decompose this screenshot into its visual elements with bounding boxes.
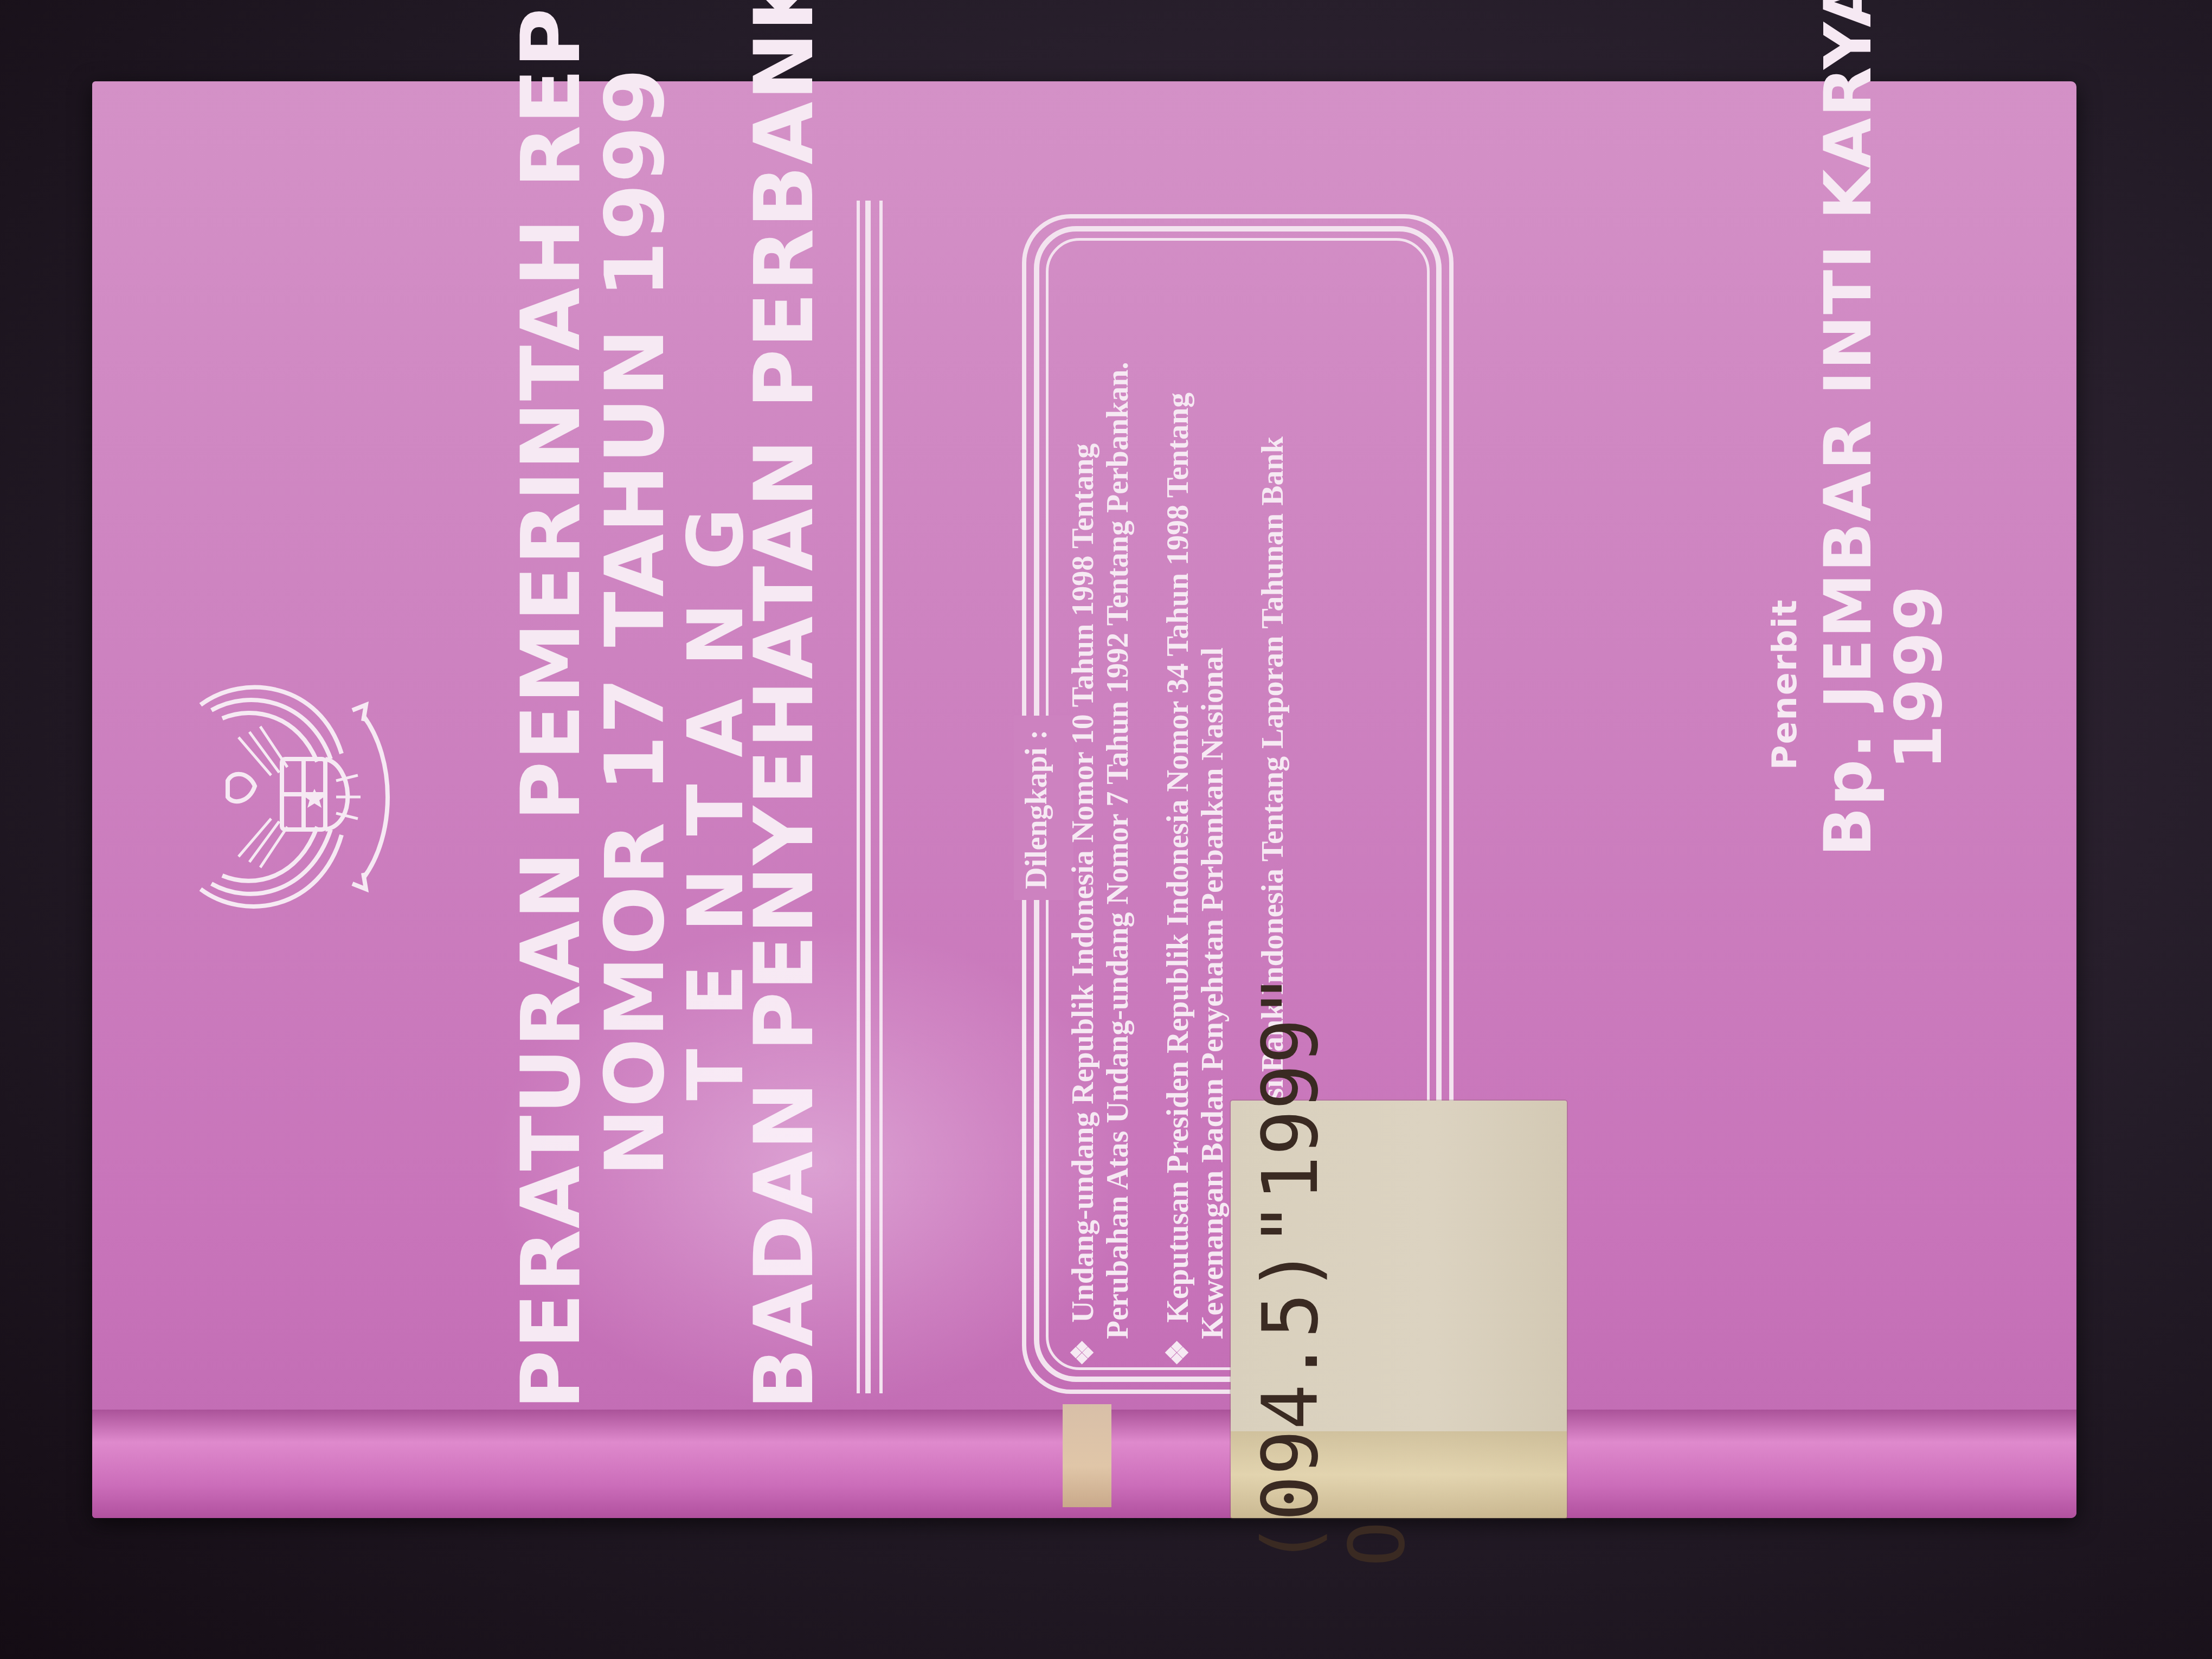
- publisher-name: Bp. JEMBAR INTI KARYA: [1811, 0, 1886, 857]
- contents-item-2-line-2: Kewenangan Badan Penyehatan Perbankan Na…: [1195, 647, 1230, 1339]
- publisher-label: Penerbit: [1765, 599, 1804, 770]
- contents-item-1-line-2: Perubahan Atas Undang-undang Nomor 7 Tah…: [1101, 362, 1135, 1339]
- contents-item-1-line-1: Undang-undang Republik Indonesia Nomor 1…: [1066, 443, 1100, 1323]
- contents-item-2: ❖Keputusan Presiden Republik Indonesia N…: [1160, 393, 1195, 1366]
- title-line-1: PERATURAN PEMERINTAH REPUBLIK INDONESIA: [504, 0, 599, 1410]
- contents-item-2-line-1: Keputusan Presiden Republik Indonesia No…: [1161, 393, 1195, 1323]
- bullet-diamond-icon: ❖: [1161, 1339, 1195, 1366]
- garuda-emblem-icon: [179, 651, 407, 933]
- title-line-4: BADAN PENYEHATAN PERBANKAN NASIONAL: [737, 0, 832, 1410]
- publisher-year: 1999: [1881, 584, 1957, 770]
- triple-line-divider: [857, 201, 883, 1393]
- tape-strip: [1063, 1404, 1111, 1507]
- title-line-2: NOMOR 17 TAHUN 1999: [588, 67, 683, 1176]
- bullet-diamond-icon: ❖: [1066, 1339, 1100, 1366]
- call-number-line-1: (094.5)"1999": [1247, 973, 1335, 1567]
- contents-item-1: ❖Undang-undang Republik Indonesia Nomor …: [1065, 443, 1101, 1366]
- contents-heading: Dilengkapi :: [1019, 730, 1054, 889]
- call-number-line-2: O: [1334, 1521, 1422, 1567]
